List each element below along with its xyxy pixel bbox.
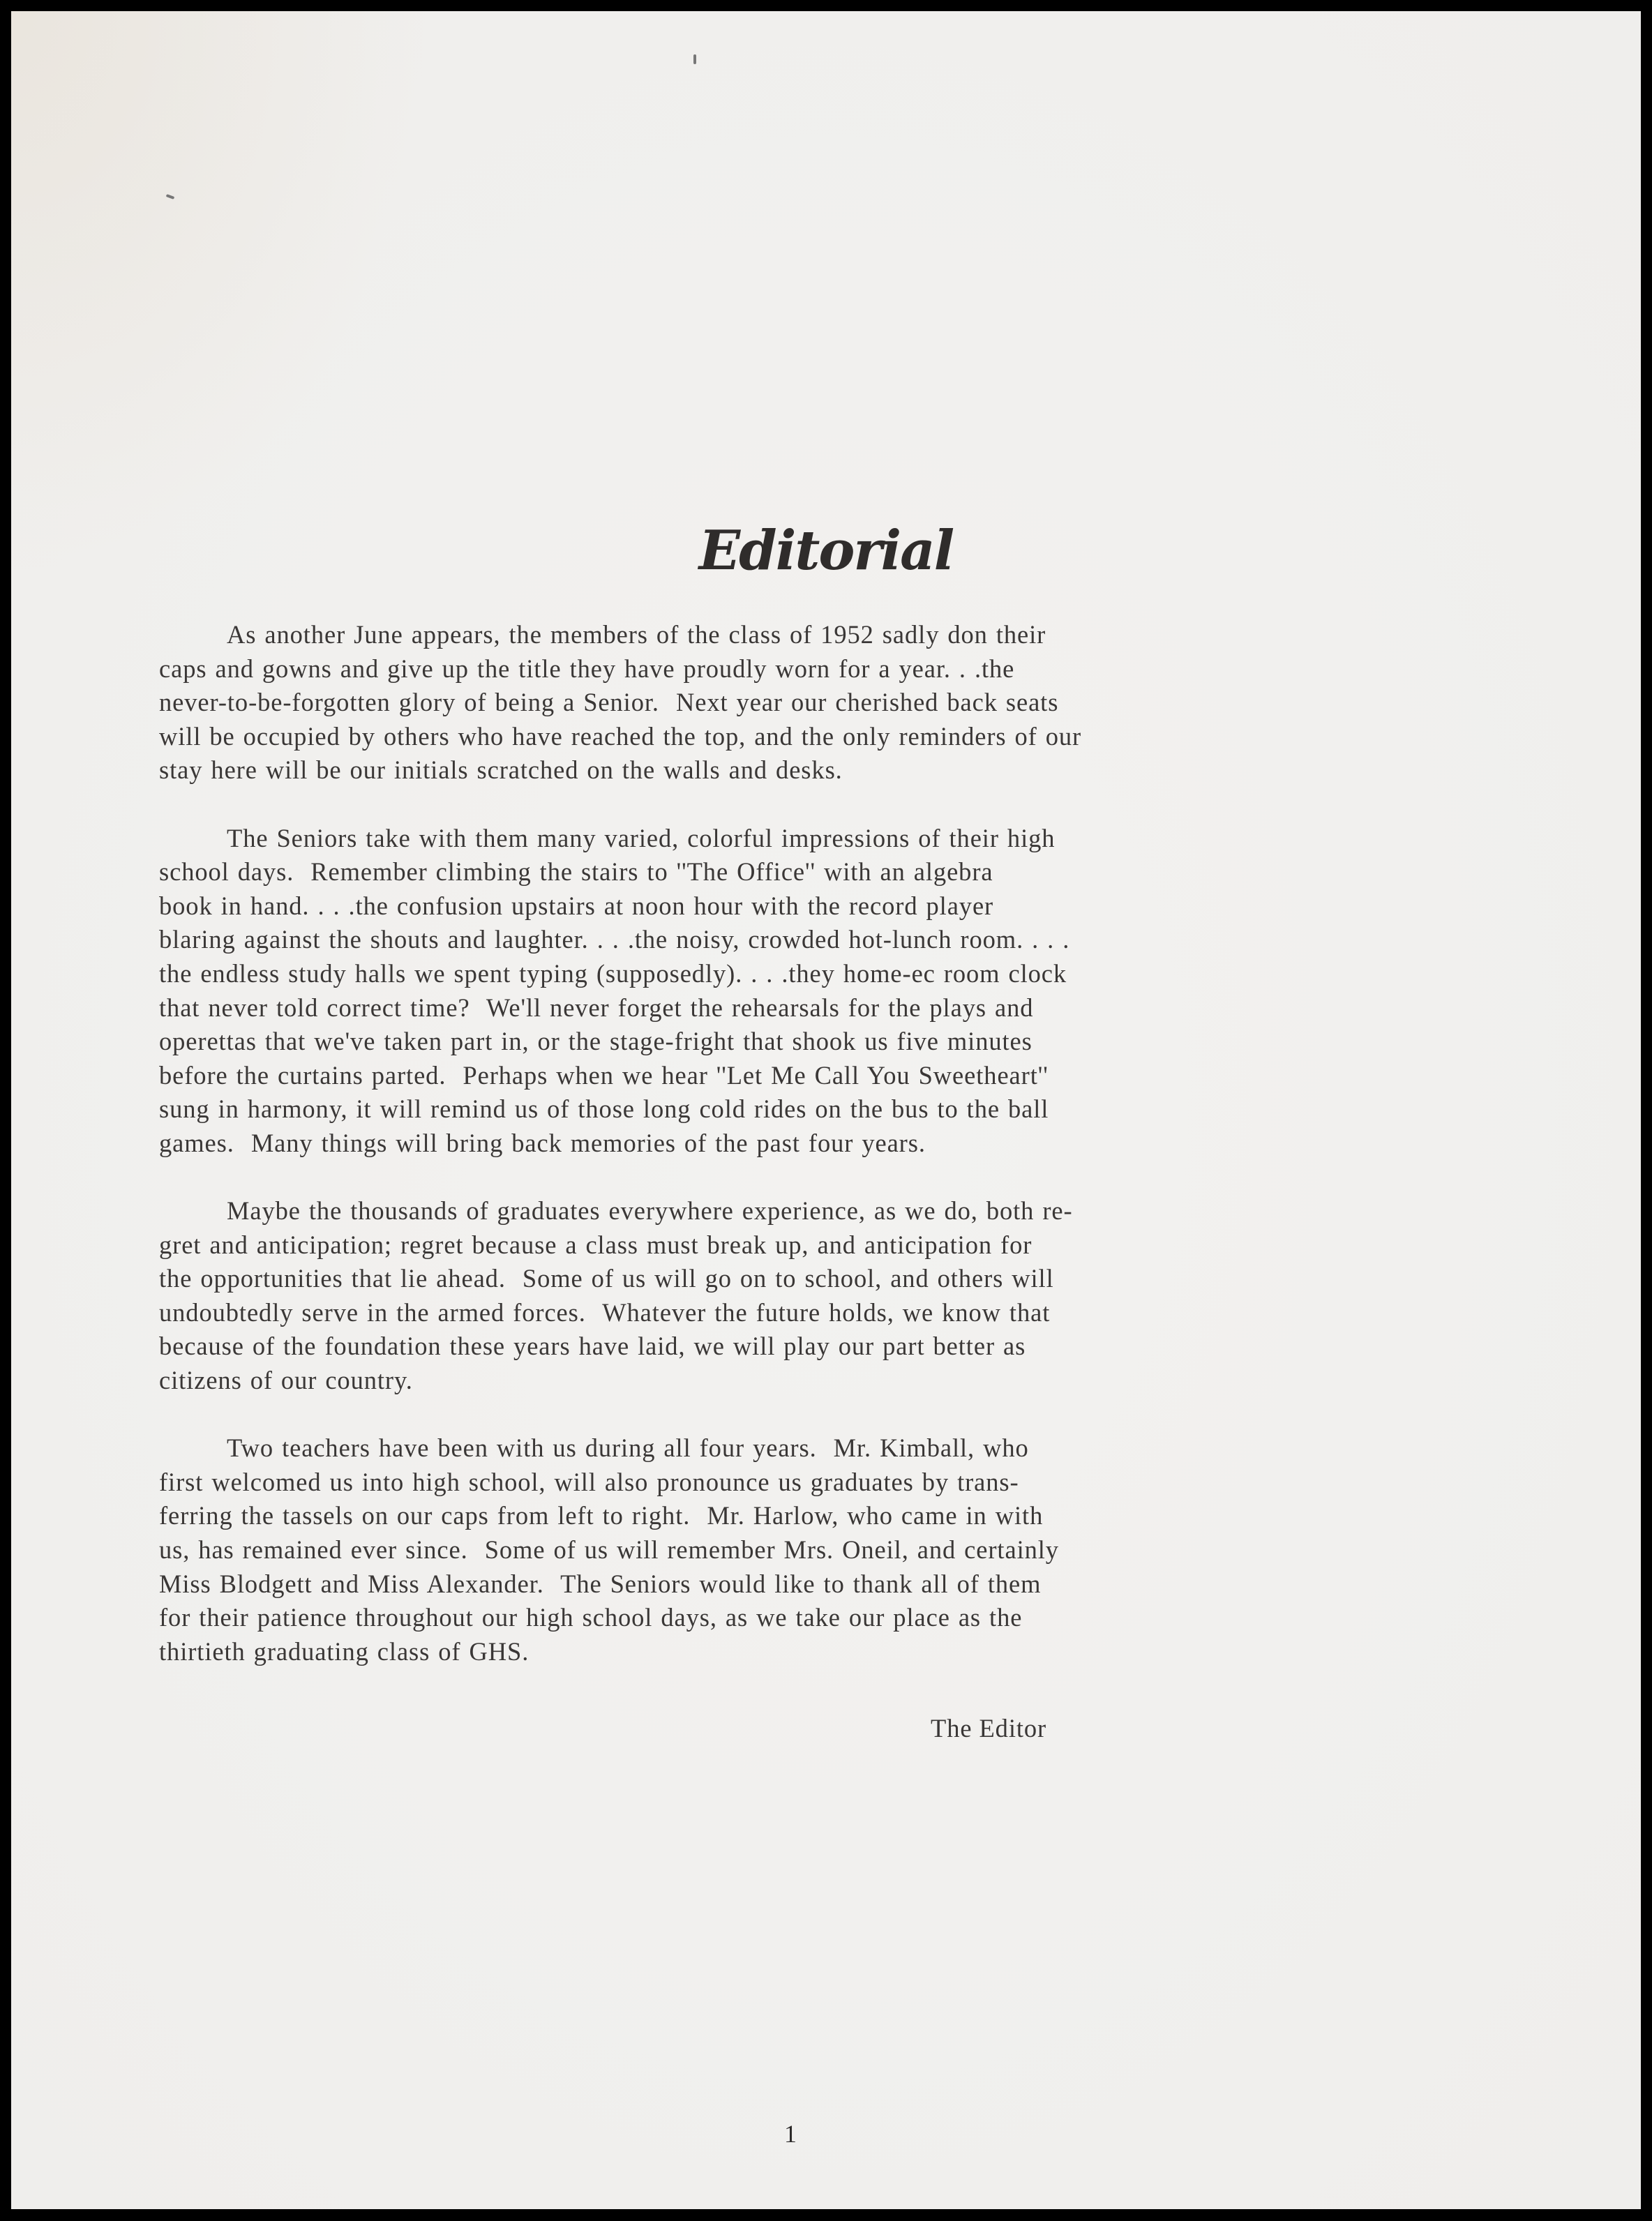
text-line: will be occupied by others who have reac…: [159, 720, 1485, 754]
page-number: 1: [784, 2120, 797, 2148]
text-line: undoubtedly serve in the armed forces. W…: [159, 1296, 1485, 1330]
paragraph: Maybe the thousands of graduates everywh…: [159, 1194, 1485, 1398]
text-line: book in hand. . . .the confusion upstair…: [159, 889, 1485, 924]
text-line: that never told correct time? We'll neve…: [159, 991, 1485, 1025]
text-line: the endless study halls we spent typing …: [159, 957, 1485, 991]
text-line: us, has remained ever since. Some of us …: [159, 1533, 1485, 1567]
paragraph: The Seniors take with them many varied, …: [159, 822, 1485, 1161]
text-line: caps and gowns and give up the title the…: [159, 652, 1485, 686]
text-line: blaring against the shouts and laughter.…: [159, 923, 1485, 957]
text-line: first welcomed us into high school, will…: [159, 1466, 1485, 1500]
ink-speck: [166, 194, 175, 199]
text-line: citizens of our country.: [159, 1364, 1485, 1398]
text-line: The Seniors take with them many varied, …: [159, 822, 1485, 856]
text-line: because of the foundation these years ha…: [159, 1330, 1485, 1364]
paragraph: As another June appears, the members of …: [159, 618, 1485, 788]
text-line: Two teachers have been with us during al…: [159, 1431, 1485, 1466]
text-line: the opportunities that lie ahead. Some o…: [159, 1262, 1485, 1296]
text-line: thirtieth graduating class of GHS.: [159, 1635, 1485, 1669]
text-line: school days. Remember climbing the stair…: [159, 855, 1485, 889]
scanned-page: Editorial As another June appears, the m…: [11, 11, 1641, 2209]
ink-speck: [693, 54, 696, 64]
paragraph: Two teachers have been with us during al…: [159, 1431, 1485, 1669]
text-line: As another June appears, the members of …: [159, 618, 1485, 652]
page-title: Editorial: [11, 524, 1641, 578]
text-line: never-to-be-forgotten glory of being a S…: [159, 686, 1485, 720]
text-line: operettas that we've taken part in, or t…: [159, 1025, 1485, 1059]
text-line: games. Many things will bring back memor…: [159, 1127, 1485, 1161]
text-line: gret and anticipation; regret because a …: [159, 1228, 1485, 1263]
text-line: sung in harmony, it will remind us of th…: [159, 1092, 1485, 1127]
editorial-body: As another June appears, the members of …: [159, 618, 1485, 1703]
text-line: Miss Blodgett and Miss Alexander. The Se…: [159, 1567, 1485, 1602]
text-line: Maybe the thousands of graduates everywh…: [159, 1194, 1485, 1228]
signature: The Editor: [931, 1712, 1046, 1745]
text-line: stay here will be our initials scratched…: [159, 753, 1485, 788]
text-line: before the curtains parted. Perhaps when…: [159, 1059, 1485, 1093]
text-line: for their patience throughout our high s…: [159, 1601, 1485, 1635]
text-line: ferring the tassels on our caps from lef…: [159, 1499, 1485, 1533]
